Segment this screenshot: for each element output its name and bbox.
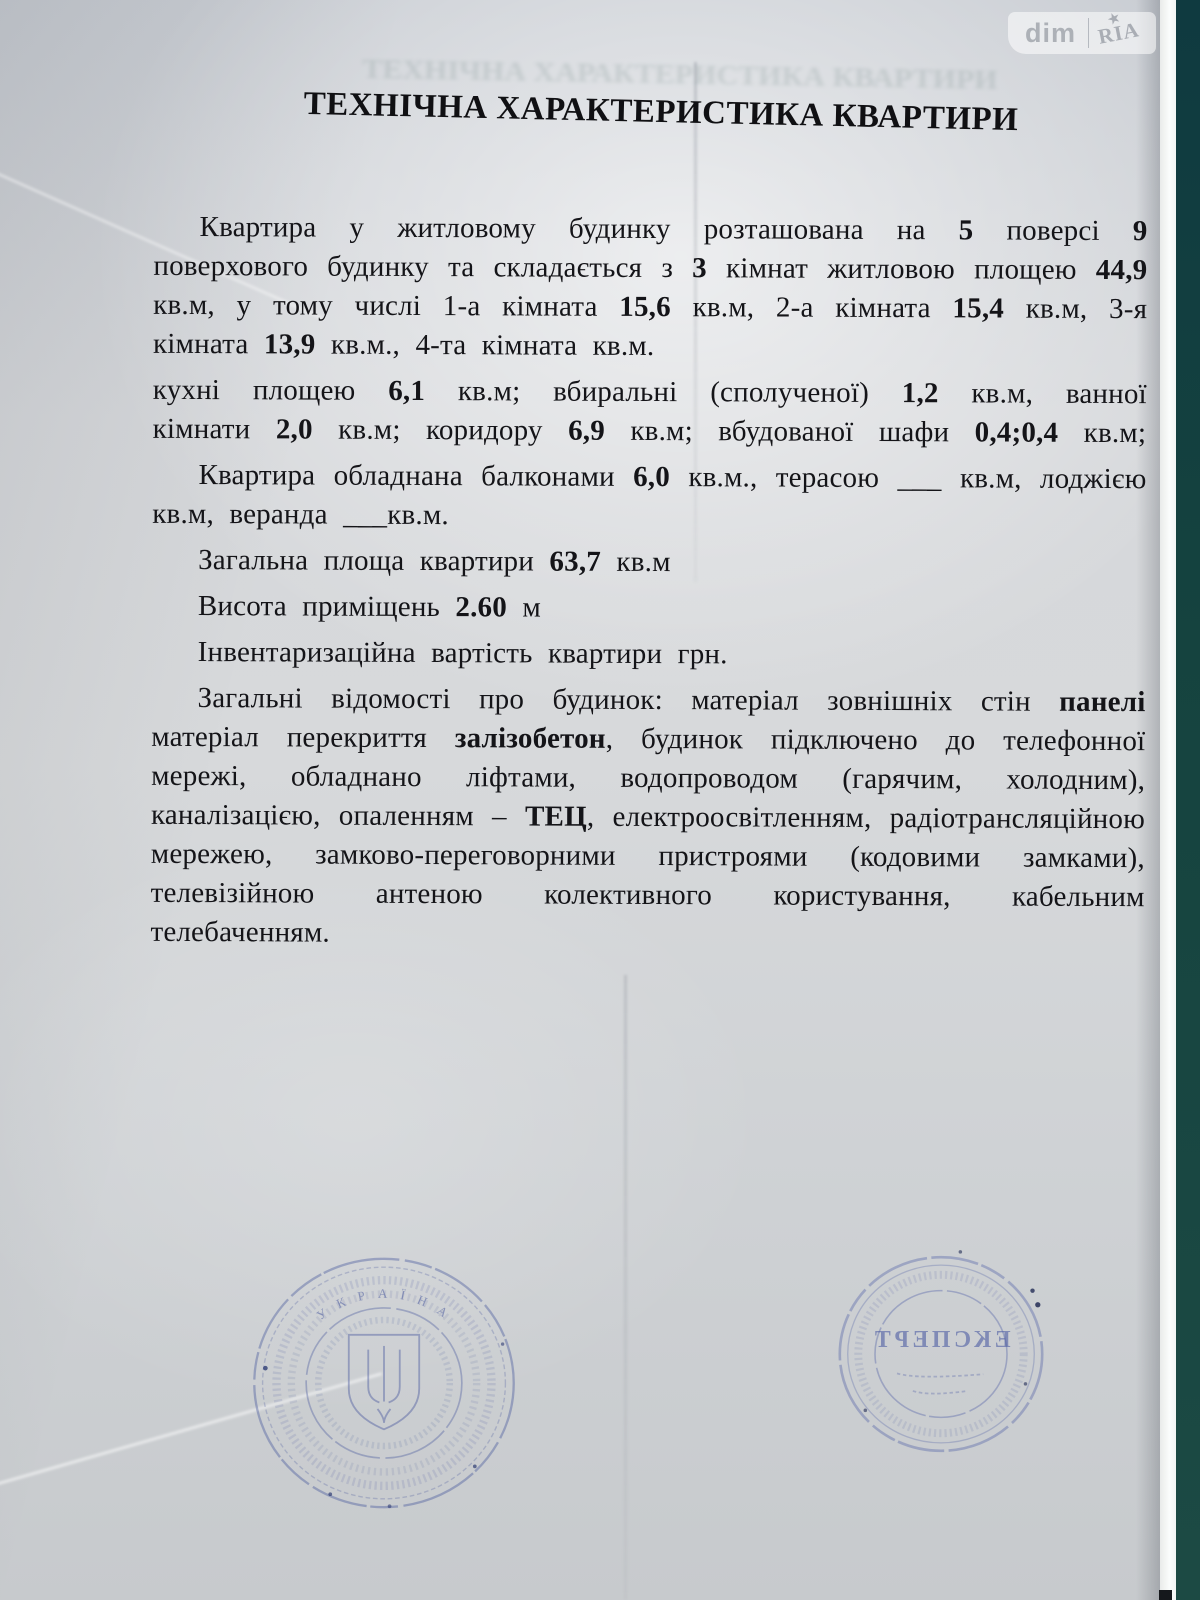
paragraph: Квартира у житловому будинку розташована… — [153, 208, 1148, 368]
value-bold: 13,9 — [264, 328, 316, 360]
value-bold: 6,0 — [633, 461, 670, 493]
corner-mark — [1159, 1590, 1172, 1600]
text-run: кв.м — [601, 546, 671, 578]
value-bold: залізобетон — [455, 722, 606, 755]
stamp-signature-lines — [897, 1373, 983, 1393]
value-bold: 2,0 — [276, 413, 313, 445]
round-stamp-trident: У К Р А Ї Н А — [240, 1244, 528, 1522]
value-bold: 9 — [1133, 215, 1148, 247]
value-bold: 1,2 — [902, 377, 939, 409]
value-bold: панелі — [1059, 686, 1145, 718]
value-bold: 15,4 — [952, 292, 1004, 324]
watermark-divider — [1088, 18, 1089, 48]
text-run: м — [507, 591, 541, 623]
value-bold: 63,7 — [549, 546, 601, 578]
stamp-expert-text: ЕКСПЕРТ — [871, 1327, 1010, 1353]
text-run: кв.м., 4-та кімната кв.м. — [315, 329, 654, 362]
value-bold: ТЕЦ — [525, 800, 587, 832]
text-run: поверсі — [973, 214, 1133, 247]
value-bold: 15,6 — [619, 291, 671, 323]
value-bold: 6,1 — [388, 375, 425, 407]
text-run: кв.м; коридору — [313, 414, 569, 447]
paragraph: Загальні відомості про будинок: матеріал… — [150, 679, 1145, 956]
text-run: кв.м, 2-а кімната — [671, 291, 953, 324]
paragraph: Висота приміщень 2.60 м — [152, 587, 1146, 630]
value-bold: 5 — [959, 214, 974, 246]
text-run: кухні площею — [153, 374, 389, 407]
text-run: кімнат житловою площею — [707, 252, 1096, 286]
value-bold: 6,9 — [568, 415, 605, 447]
text-run: кв.м; вбиральні (сполученої) — [425, 375, 902, 409]
ria-logo: ★ RIA — [1096, 17, 1142, 49]
value-bold: 2.60 — [455, 591, 507, 623]
text-run: Загальні відомості про будинок: матеріал… — [197, 682, 1059, 718]
value-bold: 3 — [692, 252, 707, 284]
text-run: Висота приміщень — [198, 590, 456, 623]
text-run: кв.м; вбудованої шафи — [605, 415, 975, 449]
document-body: Квартира у житловому будинку розташована… — [150, 208, 1147, 963]
paragraph: Загальна площа квартири 63,7 кв.м — [152, 541, 1146, 584]
dim-logo: dim — [1008, 18, 1076, 49]
text-run: Загальна площа квартири — [198, 544, 549, 578]
paper-crease — [624, 975, 627, 1600]
text-run: кв.м; — [1058, 417, 1146, 449]
text-run: матеріал перекриття — [151, 721, 455, 754]
text-run: кв.м, у тому числі 1-а кімната — [153, 289, 619, 323]
text-run: поверхового будинку та складається з — [153, 250, 692, 284]
text-run: Інвентаризаційна вартість квартири грн. — [198, 636, 728, 670]
text-run: Квартира у житловому будинку розташована… — [199, 211, 958, 246]
trident-icon — [349, 1335, 419, 1430]
paragraph: Інвентаризаційна вартість квартири грн. — [152, 633, 1146, 676]
page-edge-highlight — [1160, 0, 1176, 1600]
value-bold: 44,9 — [1096, 254, 1148, 286]
background-strip — [1176, 0, 1200, 1600]
paragraph: кухні площею 6,1 кв.м; вбиральні (сполуч… — [153, 371, 1147, 453]
round-stamp-expert: ЕКСПЕРТ — [826, 1244, 1056, 1464]
text-run: Квартира обладнана балконами — [198, 459, 633, 493]
paragraph: Квартира обладнана балконами 6,0 кв.м., … — [152, 456, 1146, 538]
value-bold: 0,4;0,4 — [975, 416, 1059, 448]
dimria-watermark: dim ★ RIA — [1008, 12, 1156, 54]
